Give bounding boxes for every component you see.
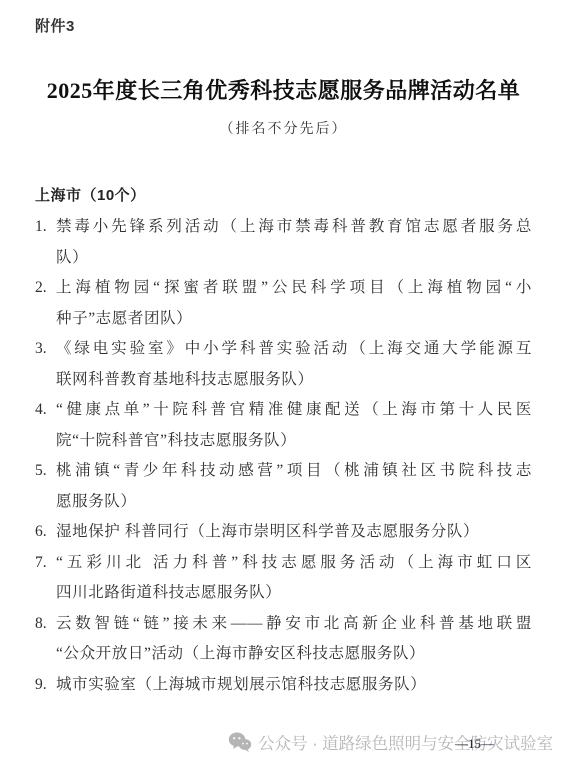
item-number: 8. <box>35 609 56 640</box>
item-text: 禁毒小先锋系列活动（上海市禁毒科普教育馆志愿者服务总队） <box>56 212 532 273</box>
document-title: 2025年度长三角优秀科技志愿服务品牌活动名单 <box>35 77 532 105</box>
item-line: 桃浦镇“青少年科技动感营”项目（桃浦镇社区书院科技志 <box>56 456 532 487</box>
item-line: 湿地保护 科普同行（上海市崇明区科学普及志愿服务分队） <box>56 517 532 548</box>
item-text: “五彩川北 活力科普”科技志愿服务活动（上海市虹口区四川北路街道科技志愿服务队） <box>56 548 532 609</box>
item-number: 9. <box>35 670 56 701</box>
item-text: 湿地保护 科普同行（上海市崇明区科学普及志愿服务分队） <box>56 517 532 548</box>
item-line: 城市实验室（上海城市规划展示馆科技志愿服务队） <box>56 670 532 701</box>
document-page: 附件3 2025年度长三角优秀科技志愿服务品牌活动名单 （排名不分先后） 上海市… <box>0 0 566 777</box>
list-item: 6.湿地保护 科普同行（上海市崇明区科学普及志愿服务分队） <box>35 517 532 548</box>
watermark-text: 公众号 · 道路绿色照明与安全防灾试验室 <box>258 730 553 754</box>
item-line: “健康点单”十院科普官精准健康配送（上海市第十人民医 <box>56 395 532 426</box>
item-number: 7. <box>35 548 56 579</box>
item-number: 1. <box>35 212 56 243</box>
item-text: 桃浦镇“青少年科技动感营”项目（桃浦镇社区书院科技志愿服务队） <box>56 456 532 517</box>
list-item: 5.桃浦镇“青少年科技动感营”项目（桃浦镇社区书院科技志愿服务队） <box>35 456 532 517</box>
list-item: 1.禁毒小先锋系列活动（上海市禁毒科普教育馆志愿者服务总队） <box>35 212 532 273</box>
item-line: 院“十院科普官”科技志愿服务队） <box>56 426 532 457</box>
item-line: 队） <box>56 243 532 274</box>
item-line: 种子”志愿者团队） <box>56 304 532 335</box>
item-number: 4. <box>35 395 56 426</box>
item-line: 禁毒小先锋系列活动（上海市禁毒科普教育馆志愿者服务总 <box>56 212 532 243</box>
item-line: 联网科普教育基地科技志愿服务队） <box>56 365 532 396</box>
item-text: 云数智链“链”接未来——静安市北高新企业科普基地联盟“公众开放日”活动（上海市静… <box>56 609 532 670</box>
list-item: 3.《绿电实验室》中小学科普实验活动（上海交通大学能源互联网科普教育基地科技志愿… <box>35 334 532 395</box>
page-number: —15— <box>455 736 494 752</box>
item-text: 《绿电实验室》中小学科普实验活动（上海交通大学能源互联网科普教育基地科技志愿服务… <box>56 334 532 395</box>
list-item: 8.云数智链“链”接未来——静安市北高新企业科普基地联盟“公众开放日”活动（上海… <box>35 609 532 670</box>
attachment-label: 附件3 <box>35 15 532 36</box>
document-subtitle: （排名不分先后） <box>35 118 532 138</box>
item-text: 上海植物园“探蜜者联盟”公民科学项目（上海植物园“小种子”志愿者团队） <box>56 273 532 334</box>
section-header-shanghai: 上海市（10个） <box>35 184 532 205</box>
item-text: 城市实验室（上海城市规划展示馆科技志愿服务队） <box>56 670 532 701</box>
item-line: 《绿电实验室》中小学科普实验活动（上海交通大学能源互 <box>56 334 532 365</box>
item-number: 3. <box>35 334 56 365</box>
item-text: “健康点单”十院科普官精准健康配送（上海市第十人民医院“十院科普官”科技志愿服务… <box>56 395 532 456</box>
item-number: 2. <box>35 273 56 304</box>
page-footer: —15— 公众号 · 道路绿色照明与安全防灾试验室 <box>0 726 566 766</box>
list-item: 9.城市实验室（上海城市规划展示馆科技志愿服务队） <box>35 670 532 701</box>
list-item: 7.“五彩川北 活力科普”科技志愿服务活动（上海市虹口区四川北路街道科技志愿服务… <box>35 548 532 609</box>
item-line: 四川北路街道科技志愿服务队） <box>56 578 532 609</box>
item-line: “公众开放日”活动（上海市静安区科技志愿服务队） <box>56 639 532 670</box>
item-number: 6. <box>35 517 56 548</box>
item-line: 上海植物园“探蜜者联盟”公民科学项目（上海植物园“小 <box>56 273 532 304</box>
list-item: 4.“健康点单”十院科普官精准健康配送（上海市第十人民医院“十院科普官”科技志愿… <box>35 395 532 456</box>
item-number: 5. <box>35 456 56 487</box>
activity-list: 1.禁毒小先锋系列活动（上海市禁毒科普教育馆志愿者服务总队）2.上海植物园“探蜜… <box>35 212 532 700</box>
wechat-icon <box>228 731 252 753</box>
item-line: 愿服务队） <box>56 487 532 518</box>
list-item: 2.上海植物园“探蜜者联盟”公民科学项目（上海植物园“小种子”志愿者团队） <box>35 273 532 334</box>
item-line: “五彩川北 活力科普”科技志愿服务活动（上海市虹口区 <box>56 548 532 579</box>
watermark: 公众号 · 道路绿色照明与安全防灾试验室 <box>228 730 553 754</box>
item-line: 云数智链“链”接未来——静安市北高新企业科普基地联盟 <box>56 609 532 640</box>
